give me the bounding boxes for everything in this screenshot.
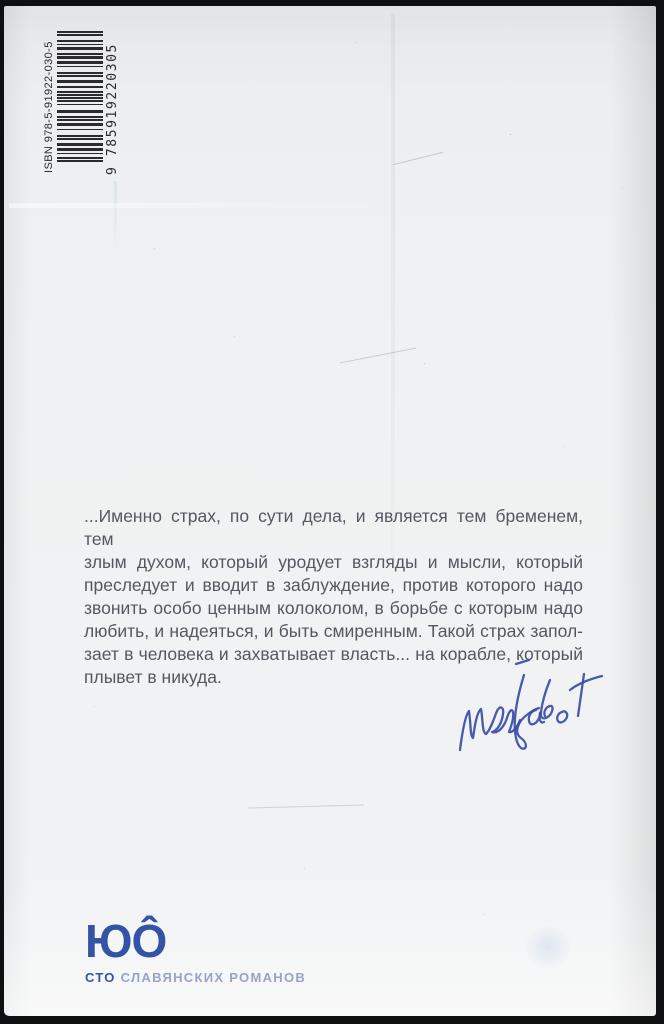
barcode-block: ISBN 978-5-91922-030-5 9 785919220305 xyxy=(42,28,122,176)
barcode-bar xyxy=(57,143,103,146)
barcode-bar xyxy=(57,86,103,88)
quote-line: преследует и вводит в заблуждение, проти… xyxy=(84,574,583,597)
signature-stroke xyxy=(541,680,553,718)
barcode-gap xyxy=(57,151,103,153)
barcode-bar xyxy=(57,157,103,159)
quote-line: злым духом, который уродует взгляды и мы… xyxy=(84,551,583,574)
barcode-bar xyxy=(57,47,103,50)
signature-stroke xyxy=(460,707,520,750)
barcode-bar xyxy=(57,148,103,151)
barcode-gap xyxy=(57,93,103,95)
barcode-bar xyxy=(57,53,103,55)
barcode-gap xyxy=(57,140,103,143)
barcode-bar xyxy=(57,91,103,93)
barcode-gap xyxy=(57,33,103,35)
scan-streak xyxy=(391,14,395,564)
scan-streak xyxy=(114,181,117,251)
ean-digits: 9 785919220305 xyxy=(105,28,120,176)
barcode-gap xyxy=(57,67,103,72)
series-title: СТО СЛАВЯНСКИХ РОМАНОВ xyxy=(85,970,306,985)
book-back-cover-photo: ISBN 978-5-91922-030-5 9 785919220305 ..… xyxy=(0,0,664,1024)
barcode-gap xyxy=(57,105,103,110)
barcode-bar xyxy=(57,100,103,102)
barcode-gap xyxy=(57,121,103,123)
barcode-bar xyxy=(57,94,103,96)
barcode: ISBN 978-5-91922-030-5 9 785919220305 xyxy=(42,28,122,176)
isbn-label: ISBN 978-5-91922-030-5 xyxy=(42,28,57,176)
barcode-gap xyxy=(57,55,103,57)
barcode-gap xyxy=(57,159,103,161)
barcode-gap xyxy=(57,64,103,66)
signature-stroke xyxy=(557,711,567,722)
barcode-bar xyxy=(57,110,103,113)
barcode-gap xyxy=(57,96,103,98)
paper-scratch xyxy=(248,804,364,808)
quote-line: звонить особо ценным колоколом, в борьбе… xyxy=(84,597,583,620)
ink-smudge xyxy=(516,918,580,976)
barcode-bars xyxy=(57,31,103,162)
barcode-gap xyxy=(57,154,103,157)
publisher-logo-block: ЮÔ СТО СЛАВЯНСКИХ РОМАНОВ xyxy=(85,916,306,985)
barcode-bar xyxy=(57,160,103,162)
barcode-gap xyxy=(57,118,103,120)
signature-stroke xyxy=(578,674,584,716)
barcode-gap xyxy=(57,113,103,116)
barcode-bar xyxy=(57,116,103,118)
signature-stroke xyxy=(515,675,539,749)
barcode-gap xyxy=(57,126,103,129)
barcode-gap xyxy=(57,45,103,47)
series-title-secondary: СЛАВЯНСКИХ РОМАНОВ xyxy=(116,970,306,985)
quote-line: ...Именно страх, по сути дела, и являетс… xyxy=(84,505,583,551)
barcode-gap xyxy=(57,102,103,104)
barcode-bar xyxy=(57,80,103,83)
barcode-gap xyxy=(57,42,103,44)
paper-crease xyxy=(9,203,389,208)
barcode-bar xyxy=(57,97,103,99)
series-logo: ЮÔ xyxy=(85,916,306,966)
barcode-bar xyxy=(57,44,103,46)
barcode-bar xyxy=(57,75,103,77)
signature-stroke xyxy=(570,676,602,690)
barcode-gap xyxy=(57,83,103,86)
barcode-bar xyxy=(57,40,103,42)
barcode-gap xyxy=(57,88,103,91)
barcode-gap xyxy=(57,137,103,139)
barcode-gap xyxy=(57,77,103,80)
barcode-bar xyxy=(57,56,103,59)
barcode-bar xyxy=(57,138,103,140)
paper-scratch xyxy=(340,348,417,364)
barcode-bar xyxy=(57,31,103,33)
barcode-gap xyxy=(57,74,103,76)
barcode-bar xyxy=(57,34,103,36)
barcode-gap xyxy=(57,146,103,148)
barcode-bar xyxy=(57,135,103,137)
barcode-gap xyxy=(57,99,103,101)
series-title-primary: СТО xyxy=(85,970,116,985)
barcode-bar xyxy=(57,61,103,64)
barcode-bar xyxy=(57,129,103,131)
barcode-bar xyxy=(57,123,103,126)
barcode-bar xyxy=(57,66,103,68)
quote-line: любить, и надеяться, и быть смиренным. Т… xyxy=(84,620,583,643)
barcode-gap xyxy=(57,130,103,135)
barcode-gap xyxy=(57,50,103,53)
dust-specks xyxy=(4,6,5,7)
barcode-bar xyxy=(57,153,103,155)
paper-scratch xyxy=(393,152,444,166)
barcode-bar xyxy=(57,119,103,121)
barcode-gap xyxy=(57,59,103,61)
author-signature-handwriting xyxy=(436,650,616,765)
barcode-gap xyxy=(57,36,103,41)
barcode-bar xyxy=(57,72,103,74)
barcode-bar xyxy=(57,104,103,106)
signature-stroke xyxy=(516,660,529,664)
